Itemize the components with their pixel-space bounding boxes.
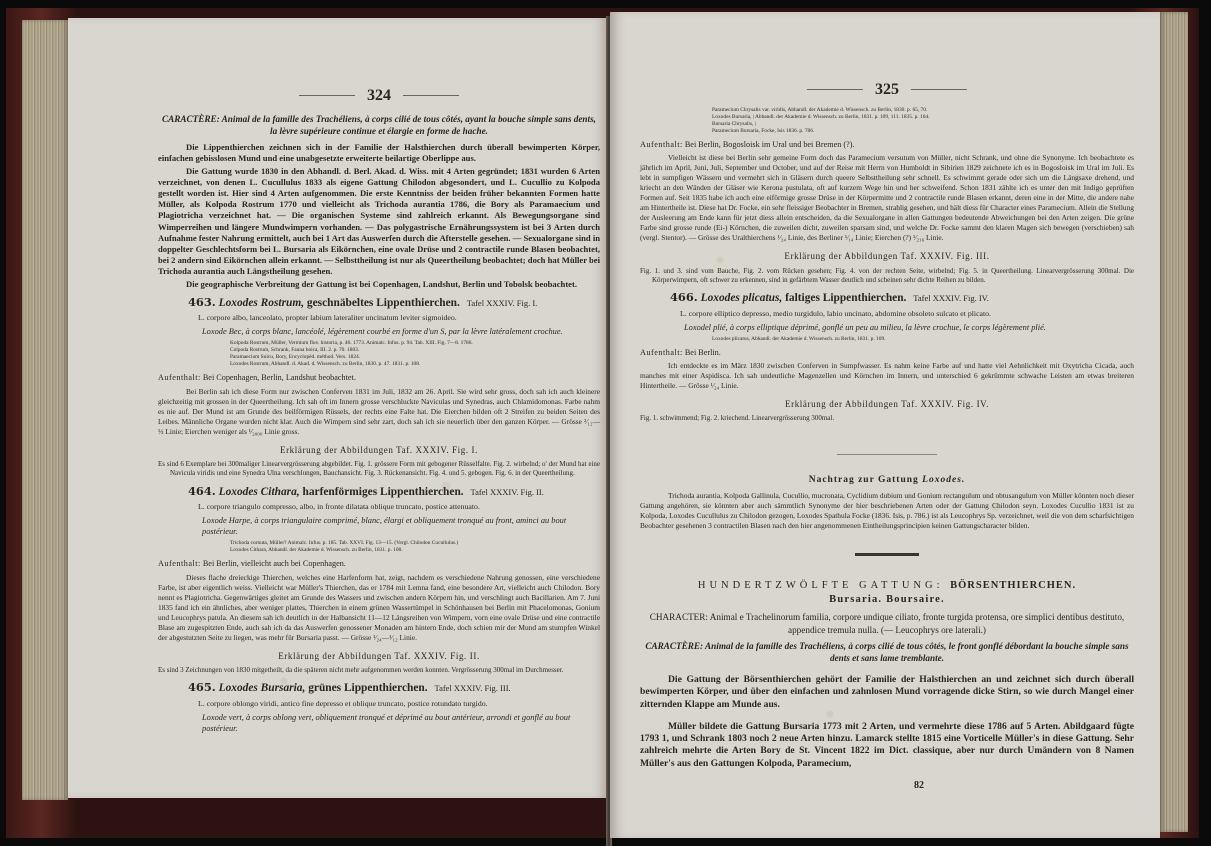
right-page: 325 Paramecium Chrysalis var. viridis, A… [610,12,1160,838]
figure-explanation: Es sind 6 Exemplare bei 300maliger Linea… [158,460,600,479]
figure-explanation: Fig. 1. und 3. sind vom Bauche, Fig. 2. … [640,267,1134,286]
signature-mark: 82 [640,780,924,791]
species-heading-464: 464. Loxodes Cithara, harfenförmiges Lip… [188,486,600,498]
rule [911,89,967,90]
nachtrag-heading: Nachtrag zur Gattung Loxodes. [640,475,1134,486]
species-description: Ich entdeckte es im März 1830 zwischen C… [640,361,1134,391]
thick-divider [855,553,919,556]
page-edges-left [22,20,68,800]
page-edges-right [1160,12,1188,832]
references: Trichoda cornuta, Müller? Animalc. Infus… [230,540,600,554]
genus-paragraph: Die Gattung der Börsenthierchen gehört d… [640,674,1134,711]
references: Paramecium Chrysalis var. viridis, Abhan… [712,107,1134,135]
rule [807,89,863,90]
habitat: Aufenthalt: Bei Berlin. [640,347,1134,358]
french-diagnosis: Loxodel plié, à corps elliptique déprimé… [684,322,1134,333]
species-heading-463: 463. Loxodes Rostrum, geschnäbeltes Lipp… [188,297,600,309]
figure-explanation-heading: Erklärung der Abbildungen Taf. XXXIV. Fi… [640,251,1134,262]
page-number-right: 325 [640,84,1134,95]
species-description: Bei Berlin sah ich diese Form nur zwisch… [158,387,600,437]
figure-explanation-heading: Erklärung der Abbildungen Taf. XXXIV. Fi… [158,651,600,662]
figure-explanation-heading: Erklärung der Abbildungen Taf. XXXIV. Fi… [640,399,1134,410]
rule [299,95,355,96]
figure-explanation: Es sind 3 Zeichnungen von 1830 mitgethei… [158,666,600,675]
latin-diagnosis: L. corpore oblongo viridi, antico fine d… [198,698,600,709]
nachtrag-text: Trichoda aurantia, Kolpoda Gallinula, Cu… [640,491,1134,531]
french-diagnosis: Loxode Harpe, à corps triangulaire compr… [202,515,600,537]
species-heading-466: 466. Loxodes plicatus, faltiges Lippenth… [670,292,1134,304]
figure-explanation: Fig. 1. schwimmend; Fig. 2. kriechend. L… [640,414,1134,423]
rule [403,95,459,96]
habitat: Aufenthalt: Bei Berlin, Bogosloisk im Ur… [640,139,1134,150]
latin-diagnosis: L. corpore albo, lanceolato, propter lab… [198,312,600,323]
left-page-content: 324 CARACTÈRE: Animal de la famille des … [158,90,600,737]
genus-subheading: Bursaria. Boursaire. [640,594,1134,605]
intro-paragraph: Die Gattung wurde 1830 in den Abhandl. d… [158,166,600,278]
left-page: 324 CARACTÈRE: Animal de la famille des … [68,18,608,798]
genus-caractere: CARACTÈRE: Animal de la famille des Trac… [158,113,600,137]
genus-heading: HUNDERTZWÖLFTE GATTUNG: BÖRSENTHIERCHEN. [640,580,1134,591]
french-diagnosis: Loxode Bec, à corps blanc, lancéolé, lég… [202,326,600,337]
species-description: Dieses flache dreieckige Thierchen, welc… [158,573,600,643]
intro-paragraph: Die geographische Verbreitung der Gattun… [158,279,600,290]
references: Loxodes plicatus, Abhandl. der Akademie … [712,336,1134,343]
latin-diagnosis: L. corpore triangulo compresso, albo, in… [198,501,600,512]
habitat: Aufenthalt: Bei Berlin, vielleicht auch … [158,558,600,569]
right-page-content: 325 Paramecium Chrysalis var. viridis, A… [640,84,1134,791]
french-diagnosis: Loxode vert, à corps oblong vert, obliqu… [202,712,600,734]
genus-paragraph: Müller bildete die Gattung Bursaria 1773… [640,721,1134,771]
species-description: Vielleicht ist diese bei Berlin sehr gem… [640,153,1134,243]
genus-character-latin: CHARACTER: Animal e Trachelinorum famili… [640,611,1134,636]
page-number-left: 324 [158,90,600,101]
latin-diagnosis: L. corpore elliptico depresso, medio tur… [680,308,1134,319]
habitat: Aufenthalt: Bei Copenhagen, Berlin, Land… [158,372,600,383]
intro-paragraph: Die Lippenthierchen zeichnen sich in der… [158,142,600,164]
genus-caractere-french: CARACTÈRE: Animal de la famille des Trac… [640,640,1134,664]
species-heading-465: 465. Loxodes Bursaria, grünes Lippenthie… [188,682,600,694]
references: Kolpoda Rostrum, Müller, Vermium fluv. h… [230,340,600,368]
section-divider [837,454,937,455]
figure-explanation-heading: Erklärung der Abbildungen Taf. XXXIV. Fi… [158,445,600,456]
